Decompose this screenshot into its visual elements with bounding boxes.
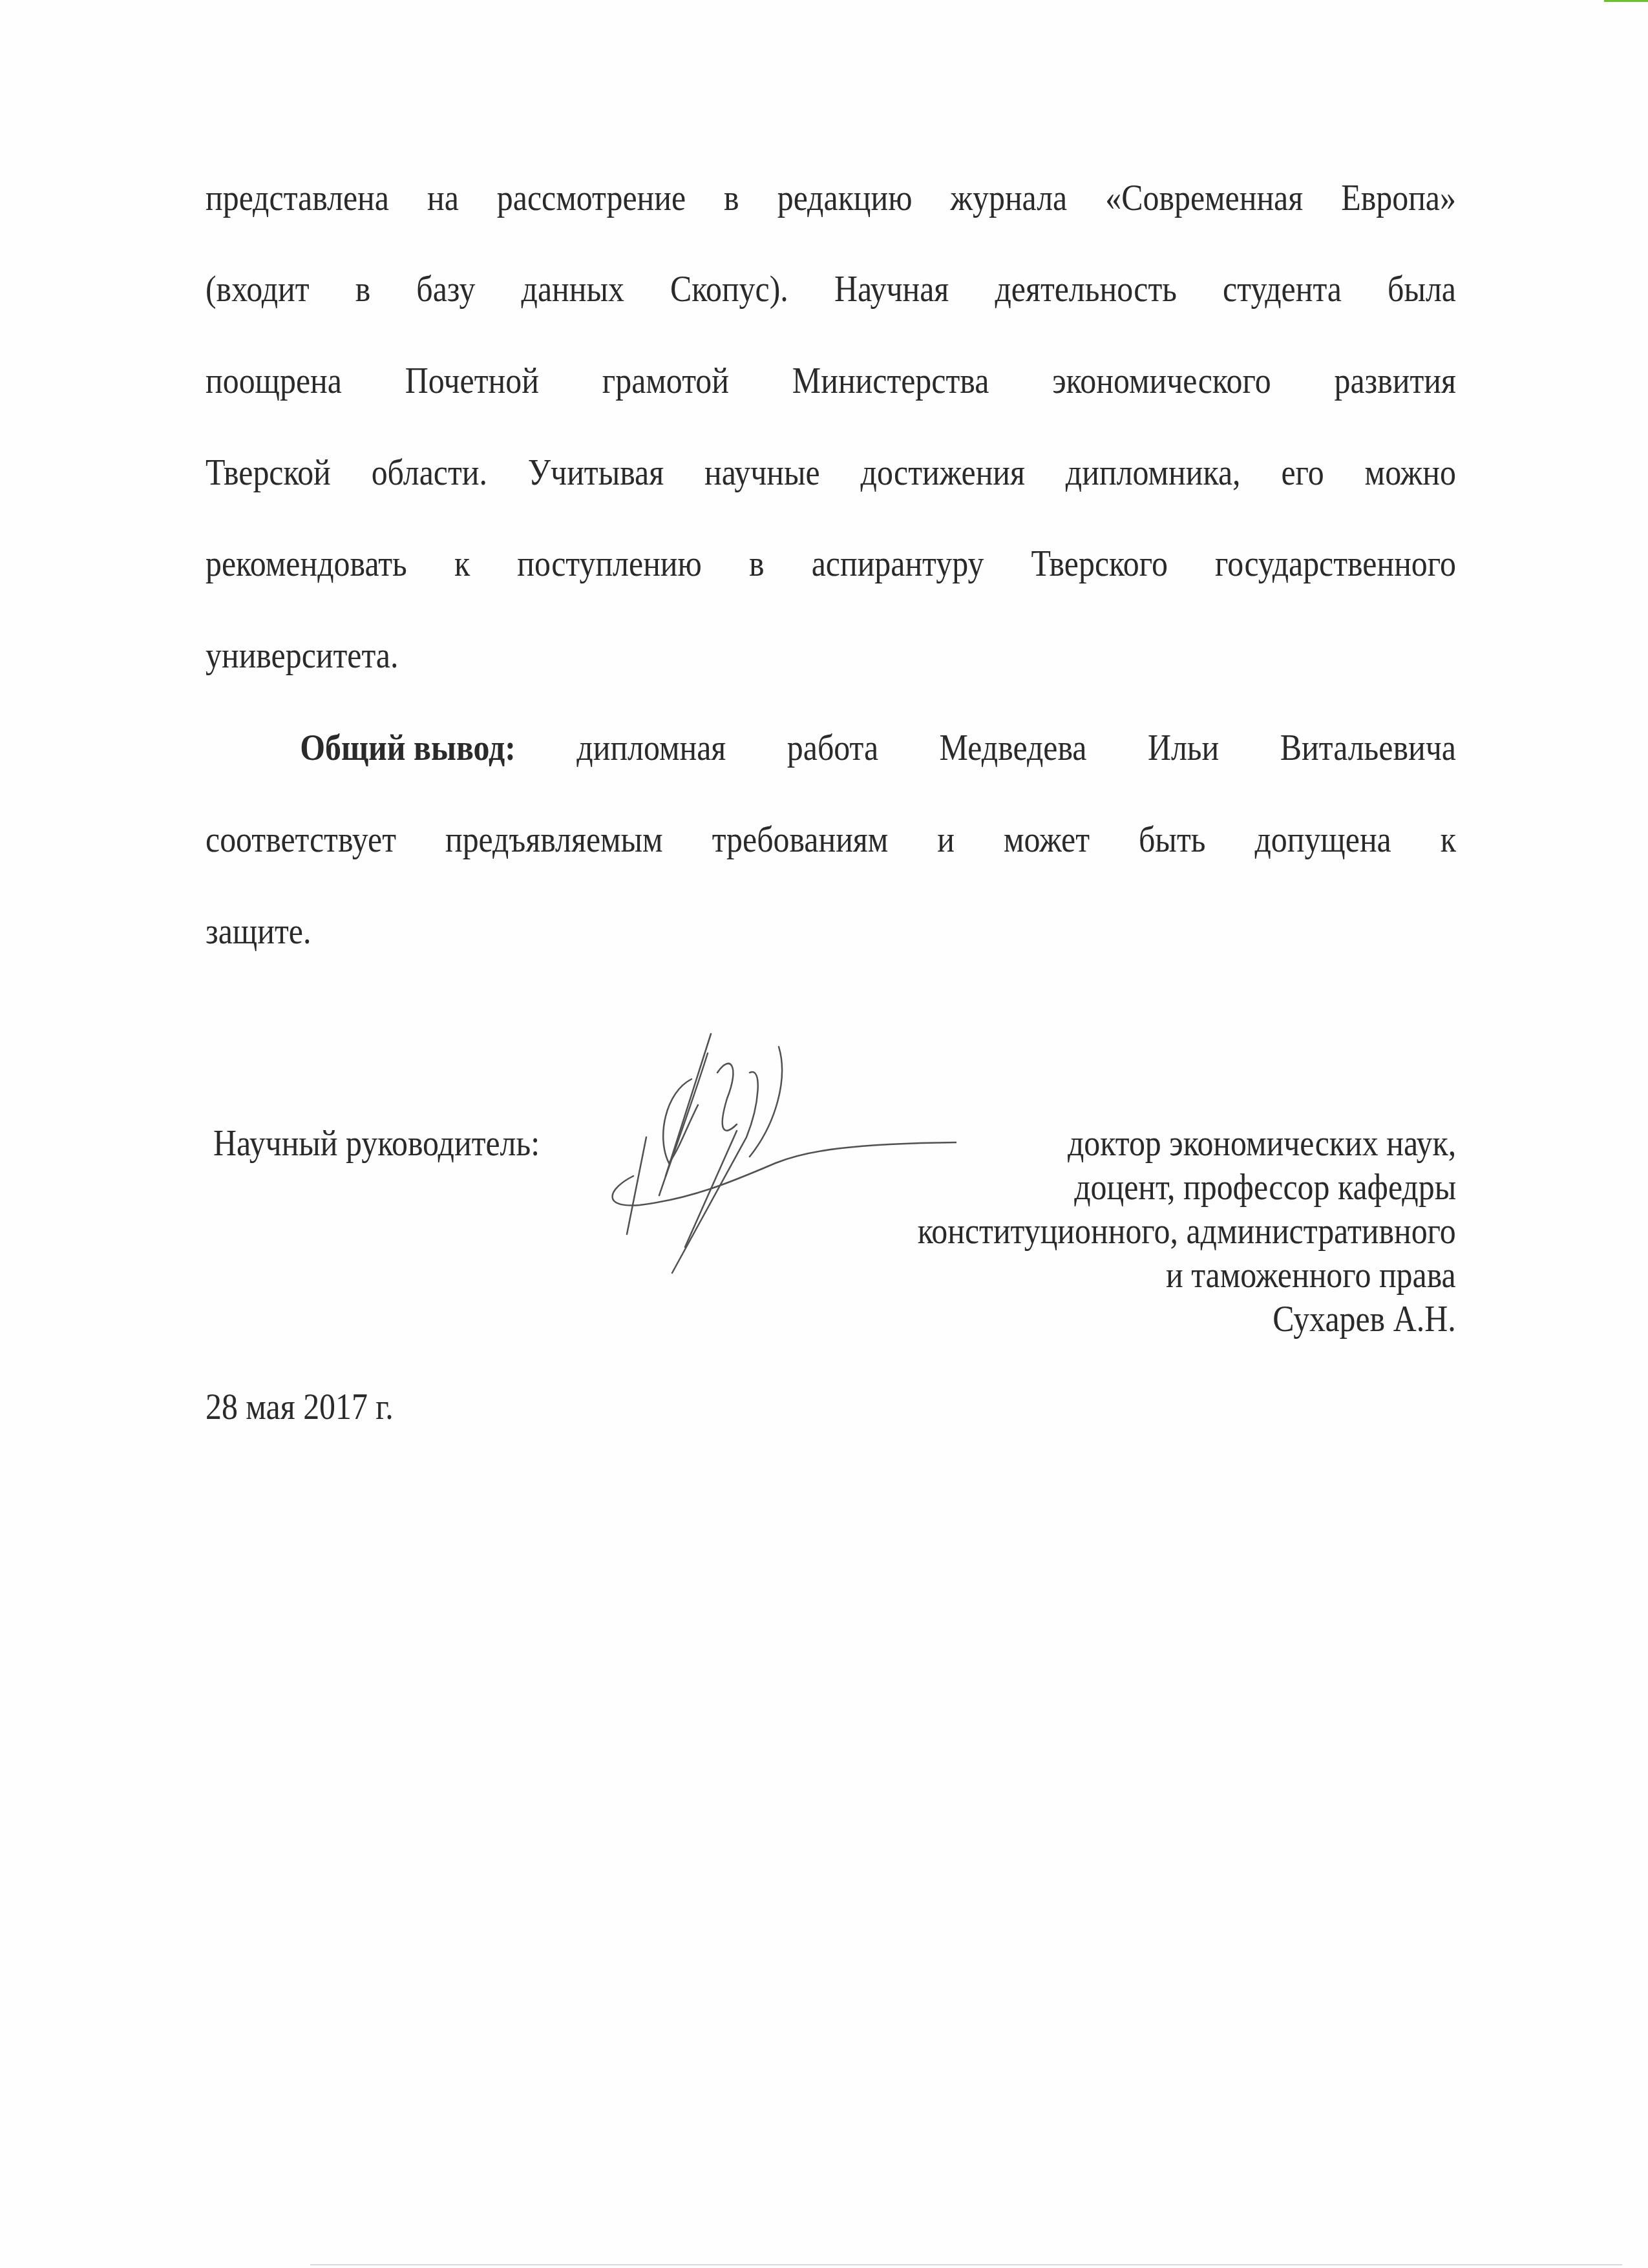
word: работа — [787, 729, 878, 766]
word: дипломная — [576, 729, 726, 766]
word: Медведева — [940, 729, 1087, 766]
word: развития — [1335, 362, 1456, 399]
word: деятельность — [995, 270, 1177, 308]
word: рассмотрение — [497, 179, 686, 216]
document-date: 28 мая 2017 г. — [206, 1388, 1281, 1425]
justified-line: представленанарассмотрениевредакциюжурна… — [206, 179, 1456, 216]
word: (входит — [206, 270, 310, 308]
credential-line: доцент, профессор кафедры — [1074, 1168, 1456, 1206]
scan-bottom-edge — [310, 2264, 1622, 2265]
text-line: поощренаПочетнойграмотойМинистерстваэкон… — [206, 362, 1281, 399]
justified-line: (входитвбазуданныхСкопус).Научнаядеятель… — [206, 270, 1456, 308]
word: рекомендовать — [206, 545, 407, 582]
justified-line: соответствуетпредъявляемымтребованиямимо… — [206, 821, 1456, 858]
word: журнала — [951, 179, 1068, 216]
word: быть — [1139, 821, 1205, 858]
justified-line: Тверскойобласти.Учитываянаучныедостижени… — [206, 454, 1456, 491]
word: дипломника, — [1066, 454, 1241, 491]
word: грамотой — [602, 362, 729, 399]
word: Скопус). — [670, 270, 788, 308]
word: Почетной — [405, 362, 539, 399]
word: Учитывая — [528, 454, 664, 491]
word: к — [454, 545, 470, 582]
word: Министерства — [792, 362, 989, 399]
supervisor-name: Сухарев А.Н. — [1273, 1300, 1456, 1338]
conclusion-line: Общий вывод: дипломнаяработаМедведеваИль… — [206, 729, 1281, 766]
word: Научная — [834, 270, 949, 308]
text-line: рекомендоватькпоступлениюваспирантуруТве… — [206, 545, 1281, 582]
word: допущена — [1254, 821, 1391, 858]
credential-line: доктор экономических наук, — [1068, 1124, 1456, 1162]
justified-line: Общий вывод: дипломнаяработаМедведеваИль… — [206, 729, 1456, 766]
word: «Современная — [1105, 179, 1303, 216]
justified-line: поощренаПочетнойграмотойМинистерстваэкон… — [206, 362, 1456, 399]
word: предъявляемым — [445, 821, 663, 858]
scan-edge-mark — [1604, 0, 1648, 2]
word: к — [1441, 821, 1456, 858]
credential-line: конституционного, административного — [918, 1212, 1456, 1250]
conclusion-label: Общий вывод: — [300, 729, 516, 766]
text-line: соответствуетпредъявляемымтребованиямимо… — [206, 821, 1281, 858]
text-line-last: защите. — [206, 912, 1281, 950]
word: может — [1004, 821, 1090, 858]
word: области. — [372, 454, 487, 491]
word: поощрена — [206, 362, 342, 399]
word: экономического — [1052, 362, 1271, 399]
text-line-last: университета. — [206, 636, 1281, 674]
word: достижения — [861, 454, 1025, 491]
word: была — [1388, 270, 1456, 308]
word: Тверской — [206, 454, 331, 491]
word: в — [724, 179, 739, 216]
word: поступлению — [517, 545, 701, 582]
justified-line: рекомендоватькпоступлениюваспирантуруТве… — [206, 545, 1456, 582]
word: редакцию — [777, 179, 913, 216]
word: представлена — [206, 179, 389, 216]
word: базу — [416, 270, 475, 308]
word: Европа» — [1341, 179, 1456, 216]
word: Витальевича — [1280, 729, 1456, 766]
word: в — [749, 545, 765, 582]
word: государственного — [1215, 545, 1456, 582]
word: Тверского — [1031, 545, 1168, 582]
word: и — [937, 821, 955, 858]
word: на — [427, 179, 459, 216]
word: требованиям — [712, 821, 889, 858]
word: его — [1281, 454, 1324, 491]
word: можно — [1365, 454, 1456, 491]
handwritten-signature — [595, 1027, 956, 1299]
credential-line: и таможенного права — [1166, 1256, 1456, 1294]
word: студента — [1223, 270, 1342, 308]
word: Ильи — [1148, 729, 1219, 766]
word: данных — [522, 270, 624, 308]
text-line: представленанарассмотрениевредакциюжурна… — [206, 179, 1281, 216]
word: соответствует — [206, 821, 396, 858]
text-line: (входитвбазуданныхСкопус).Научнаядеятель… — [206, 270, 1281, 308]
text-line: Тверскойобласти.Учитываянаучныедостижени… — [206, 454, 1281, 491]
word: в — [355, 270, 371, 308]
word: научные — [704, 454, 820, 491]
word: аспирантуру — [812, 545, 984, 582]
